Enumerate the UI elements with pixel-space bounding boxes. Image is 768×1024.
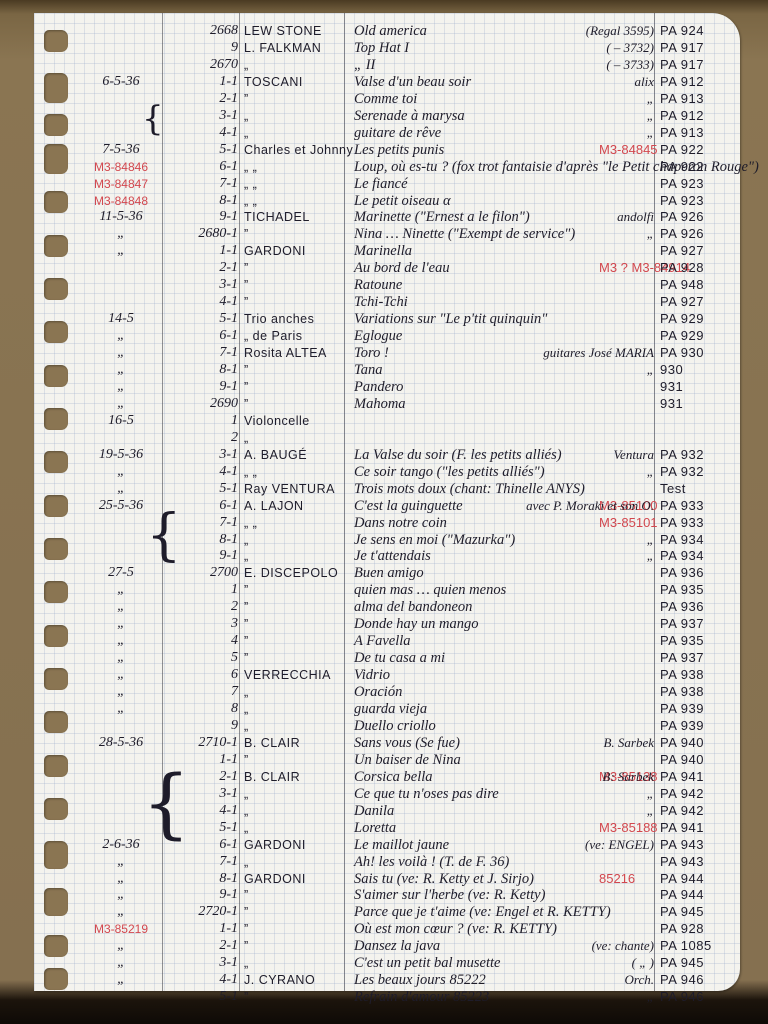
bracket-mark: { bbox=[142, 99, 164, 139]
matrix-number: 5-1 bbox=[164, 987, 242, 1007]
bracket-mark: { bbox=[146, 503, 182, 568]
ledger-page: 2668 LEW STONE Old america (Regal 3595) … bbox=[34, 13, 740, 991]
table-row: 5-1 ” Refrain d'amour 85223 „ PA 946 bbox=[34, 987, 740, 1007]
bracket-mark: { bbox=[142, 758, 190, 847]
side-note: „ bbox=[504, 987, 654, 1007]
artist-name: ” bbox=[244, 987, 368, 1007]
catalogue-ref: PA 946 bbox=[660, 987, 740, 1007]
